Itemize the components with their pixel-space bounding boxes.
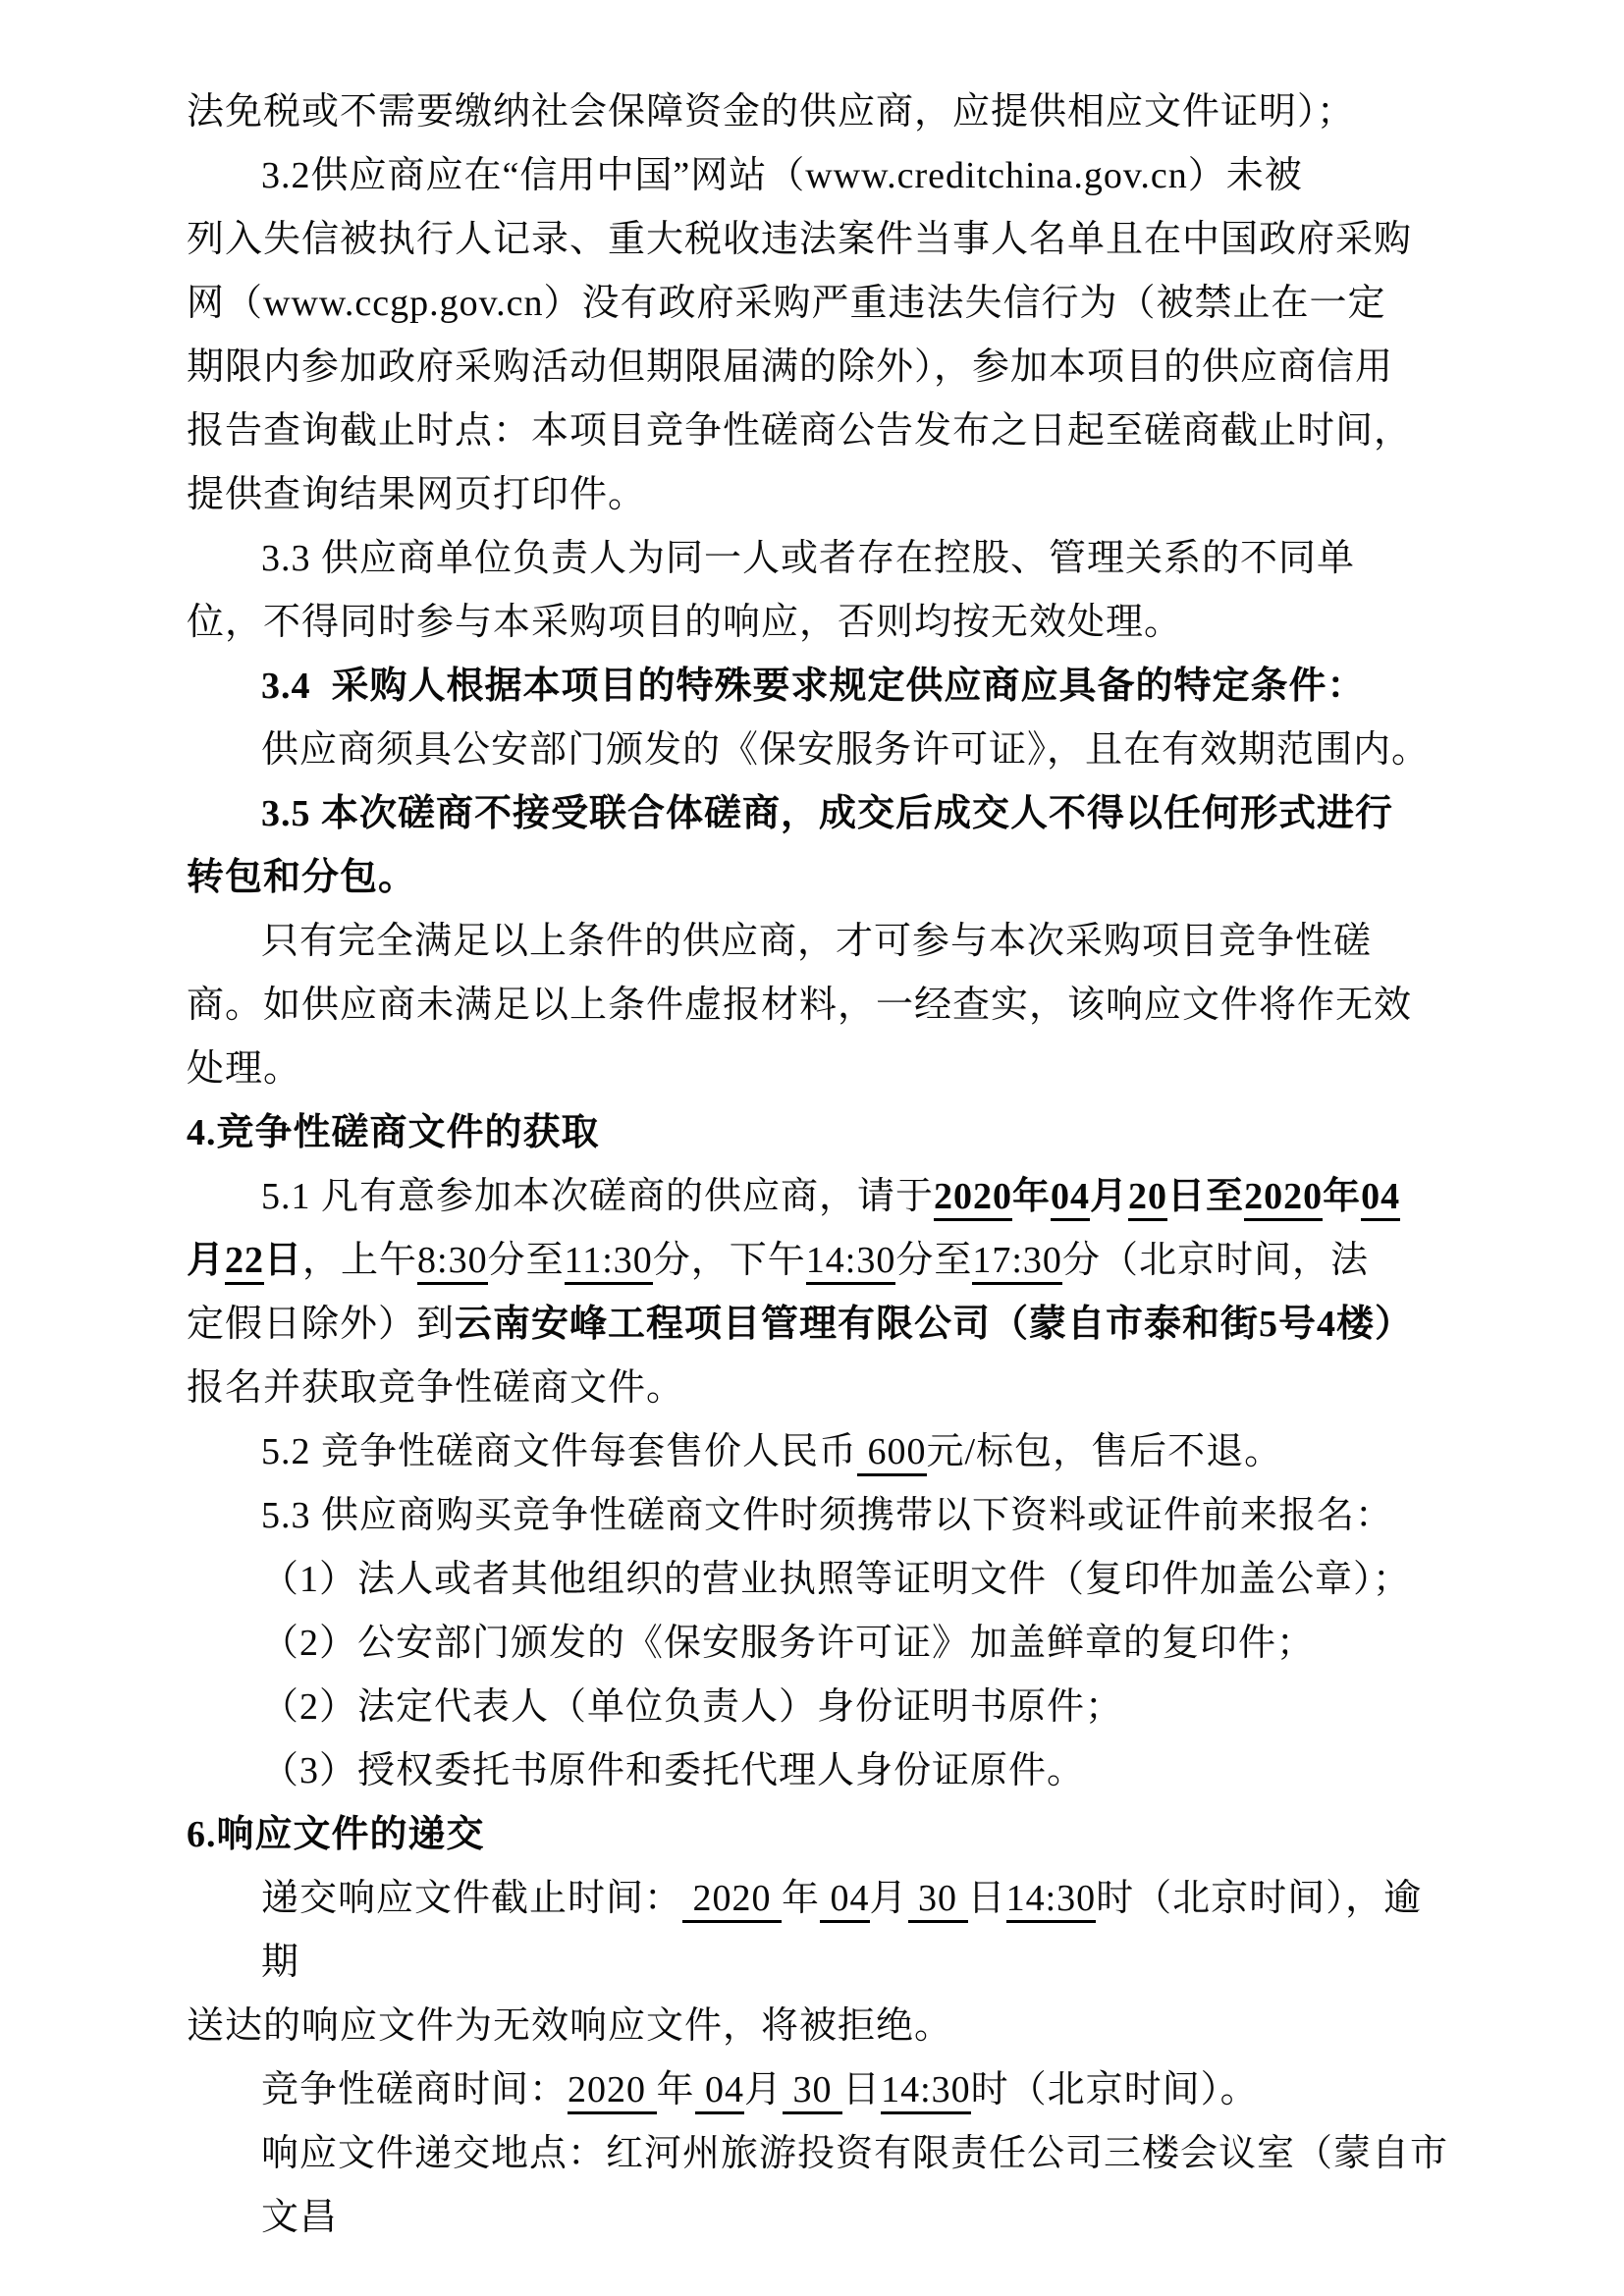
text-segment: 3.5 本次磋商不接受联合体磋商，成交后成交人不得以任何形式进行 xyxy=(261,793,1393,834)
list-item-2b: （2）法定代表人（单位负责人）身份证明书原件； xyxy=(187,1676,1449,1739)
text-segment: 时（北京时间）。 xyxy=(971,2069,1259,2110)
text-segment: 列入失信被执行人记录、重大税收违法案件当事人名单且在中国政府采购 xyxy=(187,219,1412,260)
text-segment: 年 xyxy=(1323,1176,1361,1217)
list-item-1: （1）法人或者其他组织的营业执照等证明文件（复印件加盖公章）； xyxy=(187,1548,1449,1612)
text-segment: 定假日除外）到 xyxy=(187,1304,455,1345)
text-segment: 04 xyxy=(695,2069,745,2114)
text-segment: 04 xyxy=(820,1878,870,1923)
text-segment: 14:30 xyxy=(806,1240,896,1285)
paragraph-5-1: 5.1 凡有意参加本次磋商的供应商，请于2020年04月20日至2020年04 xyxy=(187,1165,1449,1229)
text-segment: 日 xyxy=(842,2069,881,2110)
text-segment: 元/标包，售后不退。 xyxy=(927,1431,1283,1472)
paragraph-conditions-note-continuation: 商。如供应商未满足以上条件虚报材料，一经查实，该响应文件将作无效 xyxy=(187,974,1449,1038)
paragraph-3-5-continuation: 转包和分包。 xyxy=(187,846,1449,910)
text-segment: 年 xyxy=(657,2069,695,2110)
text-segment: 22 xyxy=(225,1240,264,1285)
section-heading-response-submission: 6.响应文件的递交 xyxy=(187,1803,1449,1867)
text-segment: 报名并获取竞争性磋商文件。 xyxy=(187,1367,684,1409)
text-segment: （2）法定代表人（单位负责人）身份证明书原件； xyxy=(261,1686,1123,1728)
text-segment: 3.2供应商应在“信用中国”网站（www.creditchina.gov.cn）… xyxy=(261,155,1303,196)
text-segment: 分至 xyxy=(895,1240,972,1281)
text-segment: 位，不得同时参与本采购项目的响应，否则均按无效处理。 xyxy=(187,602,1182,643)
paragraph-5-1-continuation: 月22日，上午8:30分至11:30分，下午14:30分至17:30分（北京时间… xyxy=(187,1229,1449,1293)
paragraph-5-2: 5.2 竞争性磋商文件每套售价人民币 600元/标包，售后不退。 xyxy=(187,1420,1449,1484)
text-segment: 竞争性磋商时间： xyxy=(261,2069,568,2110)
text-segment: 2020 xyxy=(1244,1176,1323,1221)
text-segment: 30 xyxy=(783,2069,842,2114)
text-segment: 处理。 xyxy=(187,1048,301,1090)
text-segment: 30 xyxy=(908,1878,968,1923)
paragraph-conditions-note-continuation: 处理。 xyxy=(187,1038,1449,1101)
paragraph-submission-deadline-continuation: 送达的响应文件为无效响应文件，将被拒绝。 xyxy=(187,1995,1449,2058)
paragraph-3-4: 3.4 采购人根据本项目的特殊要求规定供应商应具备的特定条件： xyxy=(187,655,1449,719)
paragraph-3-3: 3.3 供应商单位负责人为同一人或者存在控股、管理关系的不同单 xyxy=(187,527,1449,591)
text-segment: 分，下午 xyxy=(653,1240,806,1281)
document-content: 法免税或不需要缴纳社会保障资金的供应商，应提供相应文件证明）；3.2供应商应在“… xyxy=(187,80,1449,2250)
text-segment: 响应文件递交地点：红河州旅游投资有限责任公司三楼会议室（蒙自市文昌 xyxy=(261,2133,1448,2238)
text-segment: 年 xyxy=(782,1878,820,1919)
text-segment: 17:30 xyxy=(972,1240,1062,1285)
paragraph-3-2-continuation: 网（www.ccgp.gov.cn）没有政府采购严重违法失信行为（被禁止在一定 xyxy=(187,272,1449,336)
text-segment: 11:30 xyxy=(565,1240,653,1285)
text-segment: 2020 xyxy=(934,1176,1012,1221)
text-segment: 600 xyxy=(857,1431,927,1476)
paragraph-3-2-continuation: 提供查询结果网页打印件。 xyxy=(187,463,1449,527)
text-segment: 只有完全满足以上条件的供应商，才可参与本次采购项目竞争性磋 xyxy=(261,921,1372,962)
paragraph-5-1-continuation: 报名并获取竞争性磋商文件。 xyxy=(187,1357,1449,1420)
text-segment: 转包和分包。 xyxy=(187,857,416,898)
text-segment: 5.1 凡有意参加本次磋商的供应商，请于 xyxy=(261,1176,934,1217)
text-segment: 送达的响应文件为无效响应文件，将被拒绝。 xyxy=(187,2005,952,2047)
text-segment: 3.4 采购人根据本项目的特殊要求规定供应商应具备的特定条件： xyxy=(261,666,1366,707)
text-segment: 日 xyxy=(264,1240,302,1281)
paragraph-3-2-continuation: 列入失信被执行人记录、重大税收违法案件当事人名单且在中国政府采购 xyxy=(187,208,1449,272)
paragraph-5-3: 5.3 供应商购买竞争性磋商文件时须携带以下资料或证件前来报名： xyxy=(187,1484,1449,1548)
text-segment: 云南安峰工程项目管理有限公司（蒙自市泰和街5号4楼） xyxy=(455,1304,1413,1345)
paragraph-3-4-detail: 供应商须具公安部门颁发的《保安服务许可证》，且在有效期范围内。 xyxy=(187,719,1449,782)
text-segment: 6.响应文件的递交 xyxy=(187,1814,485,1855)
text-segment: 14:30 xyxy=(881,2069,971,2114)
paragraph-5-1-continuation: 定假日除外）到云南安峰工程项目管理有限公司（蒙自市泰和街5号4楼） xyxy=(187,1293,1449,1357)
paragraph-3-2-continuation: 报告查询截止时点：本项目竞争性磋商公告发布之日起至磋商截止时间， xyxy=(187,400,1449,463)
text-segment: 年 xyxy=(1012,1176,1051,1217)
paragraph-negotiation-time: 竞争性磋商时间：2020 年 04月 30 日14:30时（北京时间）。 xyxy=(187,2058,1449,2122)
text-segment: 2020 xyxy=(682,1878,782,1923)
text-segment: 法免税或不需要缴纳社会保障资金的供应商，应提供相应文件证明）； xyxy=(187,91,1355,133)
section-heading-document-acquisition: 4.竞争性磋商文件的获取 xyxy=(187,1101,1449,1165)
text-segment: （1）法人或者其他组织的营业执照等证明文件（复印件加盖公章）； xyxy=(261,1559,1411,1600)
text-segment: 供应商须具公安部门颁发的《保安服务许可证》，且在有效期范围内。 xyxy=(261,729,1430,771)
paragraph-submission-deadline: 递交响应文件截止时间： 2020 年 04月 30 日14:30时（北京时间），… xyxy=(187,1867,1449,1995)
text-segment: ，上午 xyxy=(302,1240,417,1281)
text-segment: 4.竞争性磋商文件的获取 xyxy=(187,1112,600,1153)
text-segment: 20 xyxy=(1128,1176,1167,1221)
paragraph-3-5: 3.5 本次磋商不接受联合体磋商，成交后成交人不得以任何形式进行 xyxy=(187,782,1449,846)
text-segment: 5.3 供应商购买竞争性磋商文件时须携带以下资料或证件前来报名： xyxy=(261,1495,1393,1536)
list-item-3: （3）授权委托书原件和委托代理人身份证原件。 xyxy=(187,1739,1449,1803)
text-segment: 月 xyxy=(870,1878,908,1919)
paragraph-3-2: 3.2供应商应在“信用中国”网站（www.creditchina.gov.cn）… xyxy=(187,144,1449,208)
text-segment: 期限内参加政府采购活动但期限届满的除外），参加本项目的供应商信用 xyxy=(187,347,1393,388)
text-segment: 5.2 竞争性磋商文件每套售价人民币 xyxy=(261,1431,857,1472)
text-segment: 8:30 xyxy=(417,1240,488,1285)
text-segment: （3）授权委托书原件和委托代理人身份证原件。 xyxy=(261,1750,1085,1791)
text-segment: 日至 xyxy=(1167,1176,1244,1217)
paragraph-3-3-continuation: 位，不得同时参与本采购项目的响应，否则均按无效处理。 xyxy=(187,591,1449,655)
paragraph-3-1-continuation: 法免税或不需要缴纳社会保障资金的供应商，应提供相应文件证明）； xyxy=(187,80,1449,144)
text-segment: （2）公安部门颁发的《保安服务许可证》加盖鲜章的复印件； xyxy=(261,1623,1315,1664)
paragraph-submission-location: 响应文件递交地点：红河州旅游投资有限责任公司三楼会议室（蒙自市文昌 xyxy=(187,2122,1449,2250)
text-segment: 月 xyxy=(187,1240,225,1281)
text-segment: 月 xyxy=(1090,1176,1128,1217)
text-segment: 04 xyxy=(1051,1176,1090,1221)
text-segment: 报告查询截止时点：本项目竞争性磋商公告发布之日起至磋商截止时间， xyxy=(187,410,1412,452)
text-segment: 分至 xyxy=(488,1240,565,1281)
text-segment: 2020 xyxy=(568,2069,657,2114)
paragraph-3-2-continuation: 期限内参加政府采购活动但期限届满的除外），参加本项目的供应商信用 xyxy=(187,336,1449,400)
list-item-2: （2）公安部门颁发的《保安服务许可证》加盖鲜章的复印件； xyxy=(187,1612,1449,1676)
text-segment: 递交响应文件截止时间： xyxy=(261,1878,682,1919)
document-page: 法免税或不需要缴纳社会保障资金的供应商，应提供相应文件证明）；3.2供应商应在“… xyxy=(0,0,1624,2296)
text-segment: 商。如供应商未满足以上条件虚报材料，一经查实，该响应文件将作无效 xyxy=(187,985,1412,1026)
text-segment: 3.3 供应商单位负责人为同一人或者存在控股、管理关系的不同单 xyxy=(261,538,1355,579)
text-segment: 日 xyxy=(968,1878,1006,1919)
text-segment: 提供查询结果网页打印件。 xyxy=(187,474,646,515)
text-segment: 分（北京时间，法 xyxy=(1062,1240,1369,1281)
text-segment: 月 xyxy=(744,2069,783,2110)
text-segment: 04 xyxy=(1361,1176,1400,1221)
text-segment: 网（www.ccgp.gov.cn）没有政府采购严重违法失信行为（被禁止在一定 xyxy=(187,283,1386,324)
text-segment: 14:30 xyxy=(1006,1878,1097,1923)
paragraph-conditions-note: 只有完全满足以上条件的供应商，才可参与本次采购项目竞争性磋 xyxy=(187,910,1449,974)
